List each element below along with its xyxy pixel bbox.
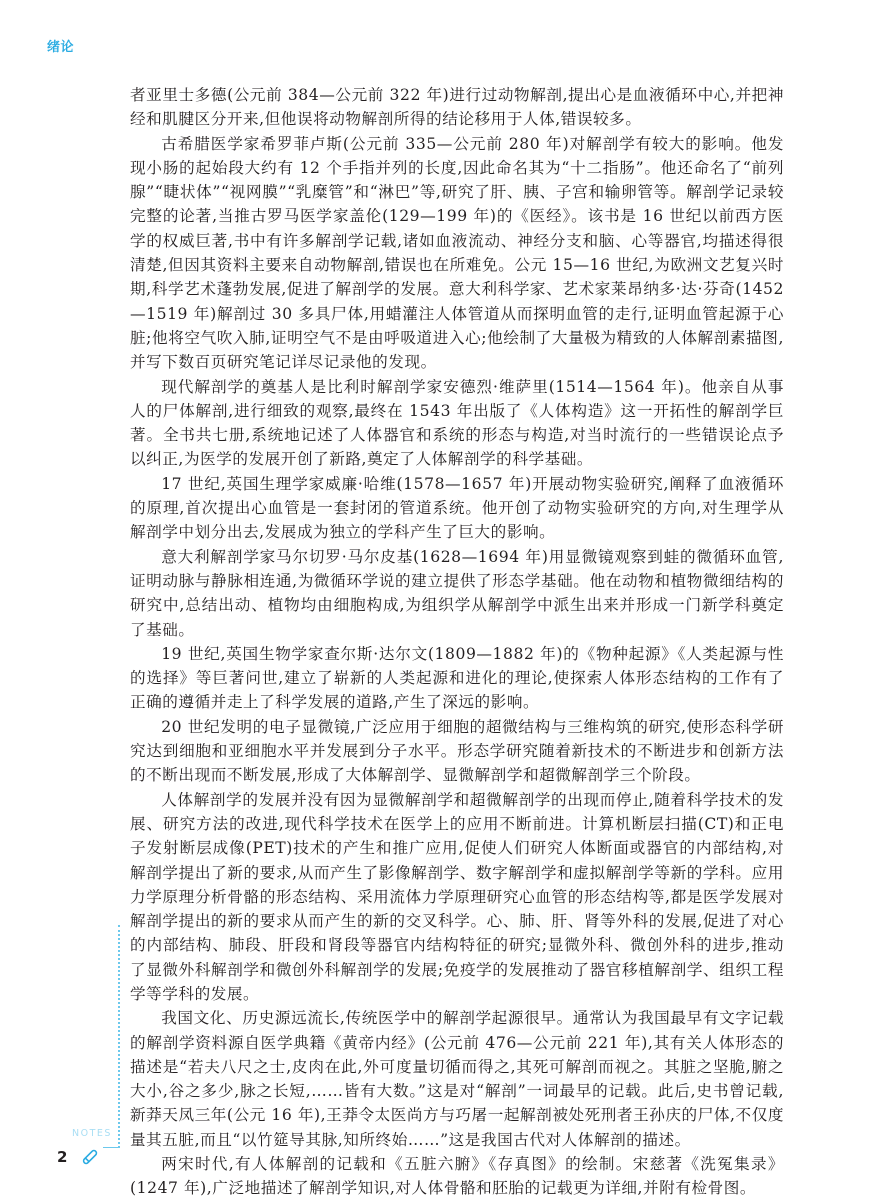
page-number: 2 — [57, 1148, 67, 1166]
notes-margin-dotted-line — [118, 925, 120, 1148]
notes-margin-rule — [103, 1147, 120, 1148]
notes-label: NOTES — [72, 1128, 112, 1139]
paragraph: 我国文化、历史源远流长,传统医学中的解剖学起源很早。通常认为我国最早有文字记载的… — [130, 1006, 784, 1152]
paragraph: 意大利解剖学家马尔切罗·马尔皮基(1628—1694 年)用显微镜观察到蛙的微循… — [130, 545, 784, 642]
running-head: 绪论 — [47, 36, 74, 55]
paragraph: 现代解剖学的奠基人是比利时解剖学家安德烈·维萨里(1514—1564 年)。他亲… — [130, 375, 784, 472]
pencil-icon — [80, 1147, 100, 1167]
paragraph: 人体解剖学的发展并没有因为显微解剖学和超微解剖学的出现而停止,随着科学技术的发展… — [130, 788, 784, 1007]
body-text: 者亚里士多德(公元前 384—公元前 322 年)进行过动物解剖,提出心是血液循… — [130, 83, 784, 1200]
paragraph: 古希腊医学家希罗菲卢斯(公元前 335—公元前 280 年)对解剖学有较大的影响… — [130, 132, 784, 375]
paragraph: 两宋时代,有人体解剖的记载和《五脏六腑》《存真图》的绘制。宋慈著《洗冤集录》(1… — [130, 1152, 784, 1200]
paragraph: 20 世纪发明的电子显微镜,广泛应用于细胞的超微结构与三维构筑的研究,使形态科学… — [130, 715, 784, 788]
paragraph: 者亚里士多德(公元前 384—公元前 322 年)进行过动物解剖,提出心是血液循… — [130, 83, 784, 132]
paragraph: 19 世纪,英国生物学家查尔斯·达尔文(1809—1882 年)的《物种起源》《… — [130, 642, 784, 715]
paragraph: 17 世纪,英国生理学家威廉·哈维(1578—1657 年)开展动物实验研究,阐… — [130, 472, 784, 545]
